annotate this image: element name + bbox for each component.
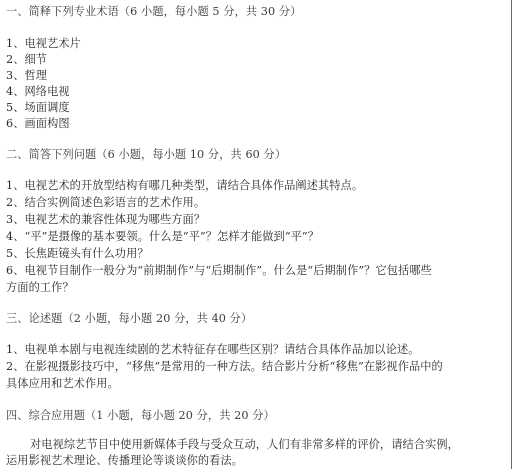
section-4-heading: 四、综合应用题（1 小题，每小题 20 分，共 20 分） — [6, 408, 275, 424]
section-2-item-continuation: 方面的工作？ — [6, 280, 74, 296]
section-2-item: 4、“平”是摄像的基本要领。什么是“平”？怎样才能做到“平”？ — [6, 229, 319, 245]
section-2-item: 6、电视节目制作一般分为“前期制作”与“后期制作”。什么是“后期制作”？它包括哪… — [6, 263, 432, 279]
section-1-item: 3、哲理 — [6, 68, 47, 84]
section-1-heading: 一、简释下列专业术语（6 小题，每小题 5 分，共 30 分） — [6, 4, 301, 20]
exam-page: 一、简释下列专业术语（6 小题，每小题 5 分，共 30 分） 1、电视艺术片 … — [0, 0, 515, 469]
section-4-paragraph: 对电视综艺节目中使用新媒体手段与受众互动，人们有非常多样的评价，请结合实例， — [30, 437, 459, 453]
section-3-item-continuation: 具体应用和艺术作用。 — [6, 376, 119, 392]
section-1-item: 4、网络电视 — [6, 84, 70, 100]
section-2-item: 2、结合实例简述色彩语言的艺术作用。 — [6, 195, 205, 211]
section-1-item: 2、细节 — [6, 52, 47, 68]
section-1-item: 1、电视艺术片 — [6, 36, 81, 52]
section-2-item: 5、长焦距镜头有什么功用？ — [6, 246, 149, 262]
section-2-heading: 二、简答下列问题（6 小题，每小题 10 分，共 60 分） — [6, 147, 286, 163]
section-3-heading: 三、论述题（2 小题，每小题 20 分，共 40 分） — [6, 311, 252, 327]
section-2-item: 1、电视艺术的开放型结构有哪几种类型，请结合具体作品阐述其特点。 — [6, 178, 363, 194]
section-1-item: 6、画面构图 — [6, 116, 70, 132]
section-3-item: 1、电视单本剧与电视连续剧的艺术特征存在哪些区别？请结合具体作品加以论述。 — [6, 342, 420, 358]
section-4-paragraph-continuation: 运用影视艺术理论、传播理论等谈谈你的看法。 — [6, 453, 243, 469]
page-border — [511, 0, 512, 469]
section-2-item: 3、电视艺术的兼容性体现为哪些方面？ — [6, 212, 205, 228]
section-1-item: 5、场面调度 — [6, 100, 70, 116]
section-3-item: 2、在影视摄影技巧中，“移焦”是常用的一种方法。结合影片分析“移焦”在影视作品中… — [6, 359, 443, 375]
